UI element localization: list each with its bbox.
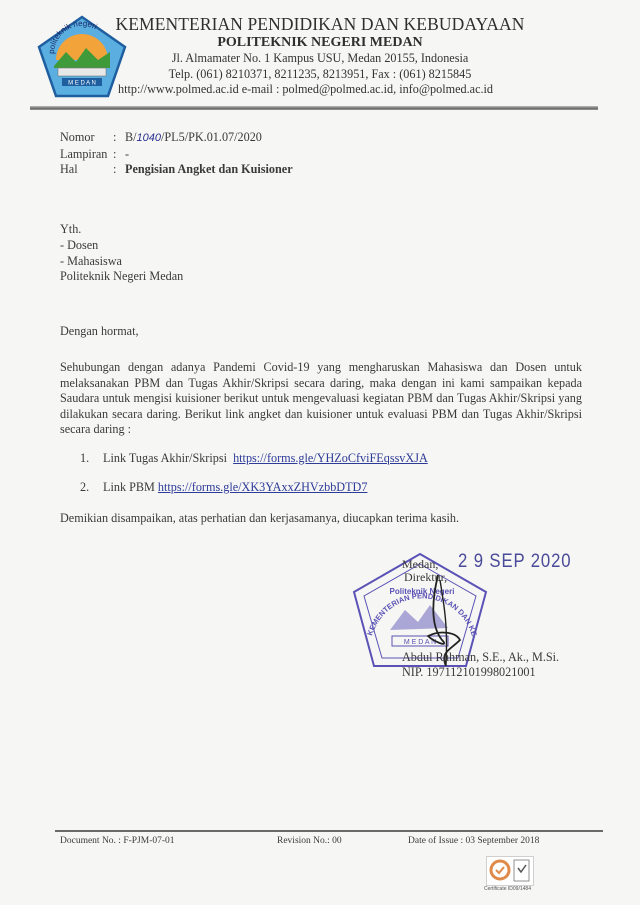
body-paragraph: Sehubungan dengan adanya Pandemi Covid-1…	[60, 360, 582, 438]
phone-fax: Telp. (061) 8210371, 8211235, 8213951, F…	[110, 67, 530, 83]
lampiran-row: Lampiran : -	[60, 147, 293, 163]
recipient-line: Politeknik Negeri Medan	[60, 269, 183, 285]
footer-divider	[55, 830, 603, 832]
list-number: 2.	[80, 480, 100, 495]
nomor-suffix: /PL5/PK.01.07/2020	[161, 130, 262, 144]
certificate-label: Certificate ID09/1484	[484, 886, 531, 892]
recipient-line: - Dosen	[60, 238, 183, 254]
list-item: 2. Link PBM https://forms.gle/XK3YAxxZHV…	[80, 480, 367, 495]
nomor-prefix: B/	[125, 130, 137, 144]
hal-row: Hal : Pengisian Angket dan Kuisioner	[60, 162, 293, 178]
recipients: Yth. - Dosen - Mahasiswa Politeknik Nege…	[60, 222, 183, 285]
address: Jl. Almamater No. 1 Kampus USU, Medan 20…	[110, 51, 530, 67]
hal-label: Hal	[60, 162, 113, 178]
hal-value: Pengisian Angket dan Kuisioner	[125, 162, 293, 178]
header-divider	[30, 106, 598, 110]
lampiran-value: -	[125, 147, 129, 163]
lampiran-label: Lampiran	[60, 147, 113, 163]
ministry-name: KEMENTERIAN PENDIDIKAN DAN KEBUDAYAAN	[110, 14, 530, 34]
web-email: http://www.polmed.ac.id e-mail : polmed@…	[118, 82, 530, 98]
signatory-name: Abdul Rahman, S.E., Ak., M.Si.	[402, 650, 559, 666]
date-stamp: 2 9 SEP 2020	[458, 551, 571, 573]
link-label: Link PBM	[103, 480, 155, 494]
revision-number: Revision No.: 00	[277, 836, 342, 846]
nomor-row: Nomor : B/1040/PL5/PK.01.07/2020	[60, 130, 293, 147]
signatory-nip: NIP. 197112101998021001	[402, 665, 536, 681]
separator: :	[113, 162, 125, 178]
letterhead: KEMENTERIAN PENDIDIKAN DAN KEBUDAYAAN PO…	[110, 14, 530, 98]
closing-text: Demikian disampaikan, atas perhatian dan…	[60, 511, 459, 527]
pbm-form-link[interactable]: https://forms.gle/XK3YAxxZHVzbbDTD7	[158, 480, 368, 494]
iso-certification-icon	[486, 856, 534, 886]
letter-page: M E D A N politeknik negeri KEMENTERIAN …	[0, 0, 640, 905]
list-item: 1. Link Tugas Akhir/Skripsi https://form…	[80, 451, 428, 466]
separator: :	[113, 147, 125, 163]
nomor-handwritten: 1040	[137, 132, 161, 144]
greeting: Dengan hormat,	[60, 324, 139, 340]
svg-text:M E D A N: M E D A N	[68, 81, 96, 87]
recipient-salutation: Yth.	[60, 222, 183, 238]
institution-name: POLITEKNIK NEGERI MEDAN	[110, 34, 530, 51]
separator: :	[113, 130, 125, 147]
link-label: Link Tugas Akhir/Skripsi	[103, 451, 227, 465]
tugas-akhir-form-link[interactable]: https://forms.gle/YHZoCfviFEqssvXJA	[233, 451, 428, 465]
document-number: Document No. : F-PJM-07-01	[60, 836, 175, 846]
date-of-issue: Date of Issue : 03 September 2018	[408, 836, 539, 846]
nomor-value: B/1040/PL5/PK.01.07/2020	[125, 130, 262, 147]
recipient-line: - Mahasiswa	[60, 254, 183, 270]
letter-meta: Nomor : B/1040/PL5/PK.01.07/2020 Lampira…	[60, 130, 293, 178]
list-number: 1.	[80, 451, 100, 466]
nomor-label: Nomor	[60, 130, 113, 147]
